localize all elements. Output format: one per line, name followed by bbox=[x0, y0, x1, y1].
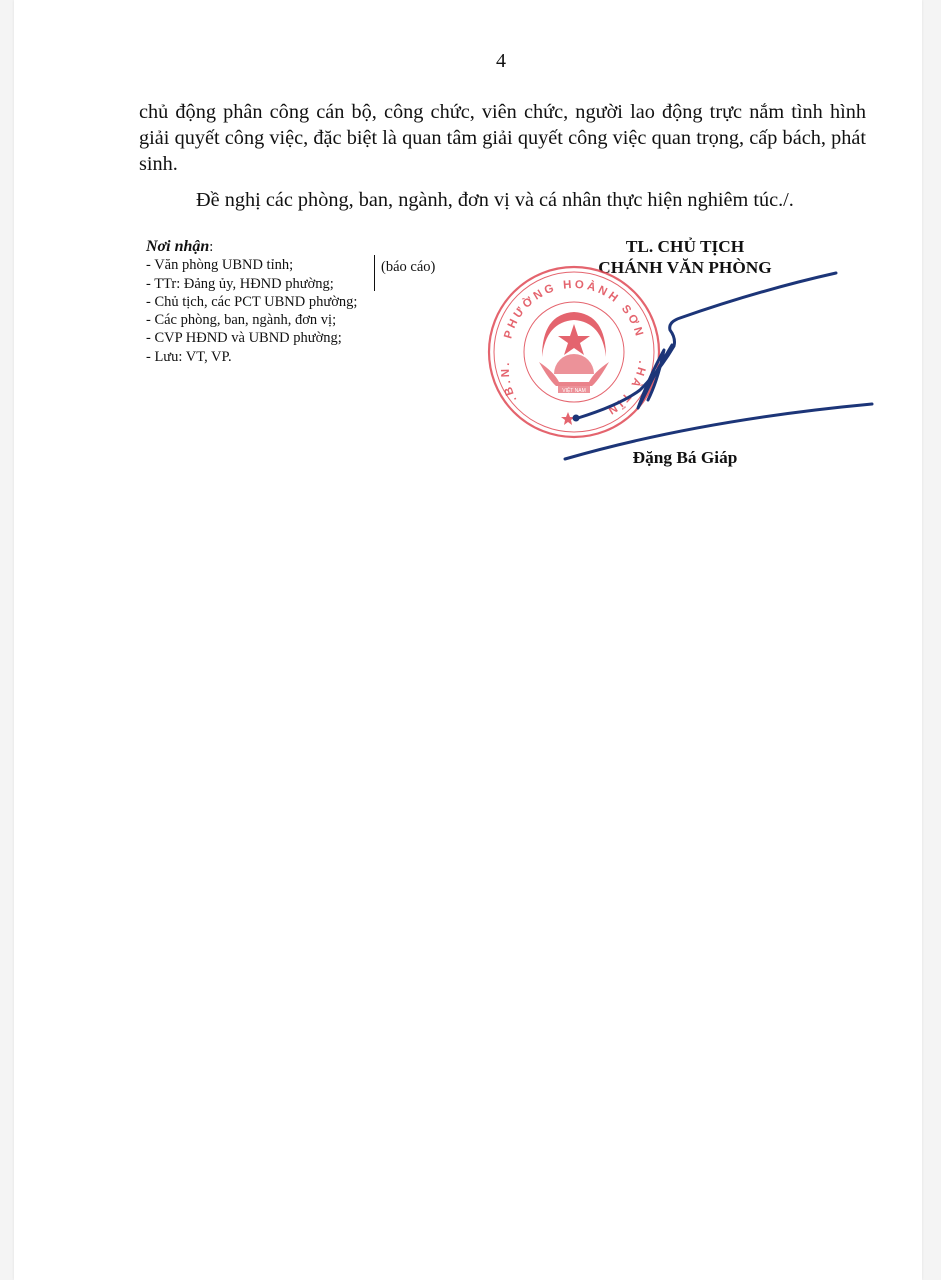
signature-title-line-1: TL. CHỦ TỊCH bbox=[560, 236, 810, 257]
national-emblem-icon bbox=[539, 312, 609, 425]
recipient-item: - TTr: Đảng ủy, HĐND phường; bbox=[146, 275, 357, 293]
recipients-list: Nơi nhận: - Văn phòng UBND tỉnh; - TTr: … bbox=[146, 238, 357, 366]
recipients-heading: Nơi nhận: bbox=[146, 238, 357, 256]
official-stamp-icon: PHƯỜNG HOÀNH SƠN U.B.N.D T.HÀ TĨNH VIỆT … bbox=[484, 262, 664, 442]
recipient-item: - CVP HĐND và UBND phường; bbox=[146, 329, 357, 347]
recipient-item: - Các phòng, ban, ngành, đơn vị; bbox=[146, 311, 357, 329]
bracket-note: (báo cáo) bbox=[381, 259, 435, 276]
recipients-label: Nơi nhận bbox=[146, 238, 209, 255]
body-text: chủ động phân công cán bộ, công chức, vi… bbox=[139, 99, 866, 213]
recipients-label-colon: : bbox=[209, 239, 213, 255]
signer-name: Đặng Bá Giáp bbox=[560, 448, 810, 468]
page-number: 4 bbox=[0, 50, 941, 73]
recipient-item: - Lưu: VT, VP. bbox=[146, 348, 357, 366]
body-paragraph: chủ động phân công cán bộ, công chức, vi… bbox=[139, 99, 866, 177]
recipient-item: - Chủ tịch, các PCT UBND phường; bbox=[146, 293, 357, 311]
recipients-bracket bbox=[374, 255, 375, 291]
stamp-emblem-banner: VIỆT NAM bbox=[562, 386, 586, 394]
closing-paragraph: Đề nghị các phòng, ban, ngành, đơn vị và… bbox=[139, 187, 866, 213]
recipient-item: - Văn phòng UBND tỉnh; bbox=[146, 256, 357, 274]
